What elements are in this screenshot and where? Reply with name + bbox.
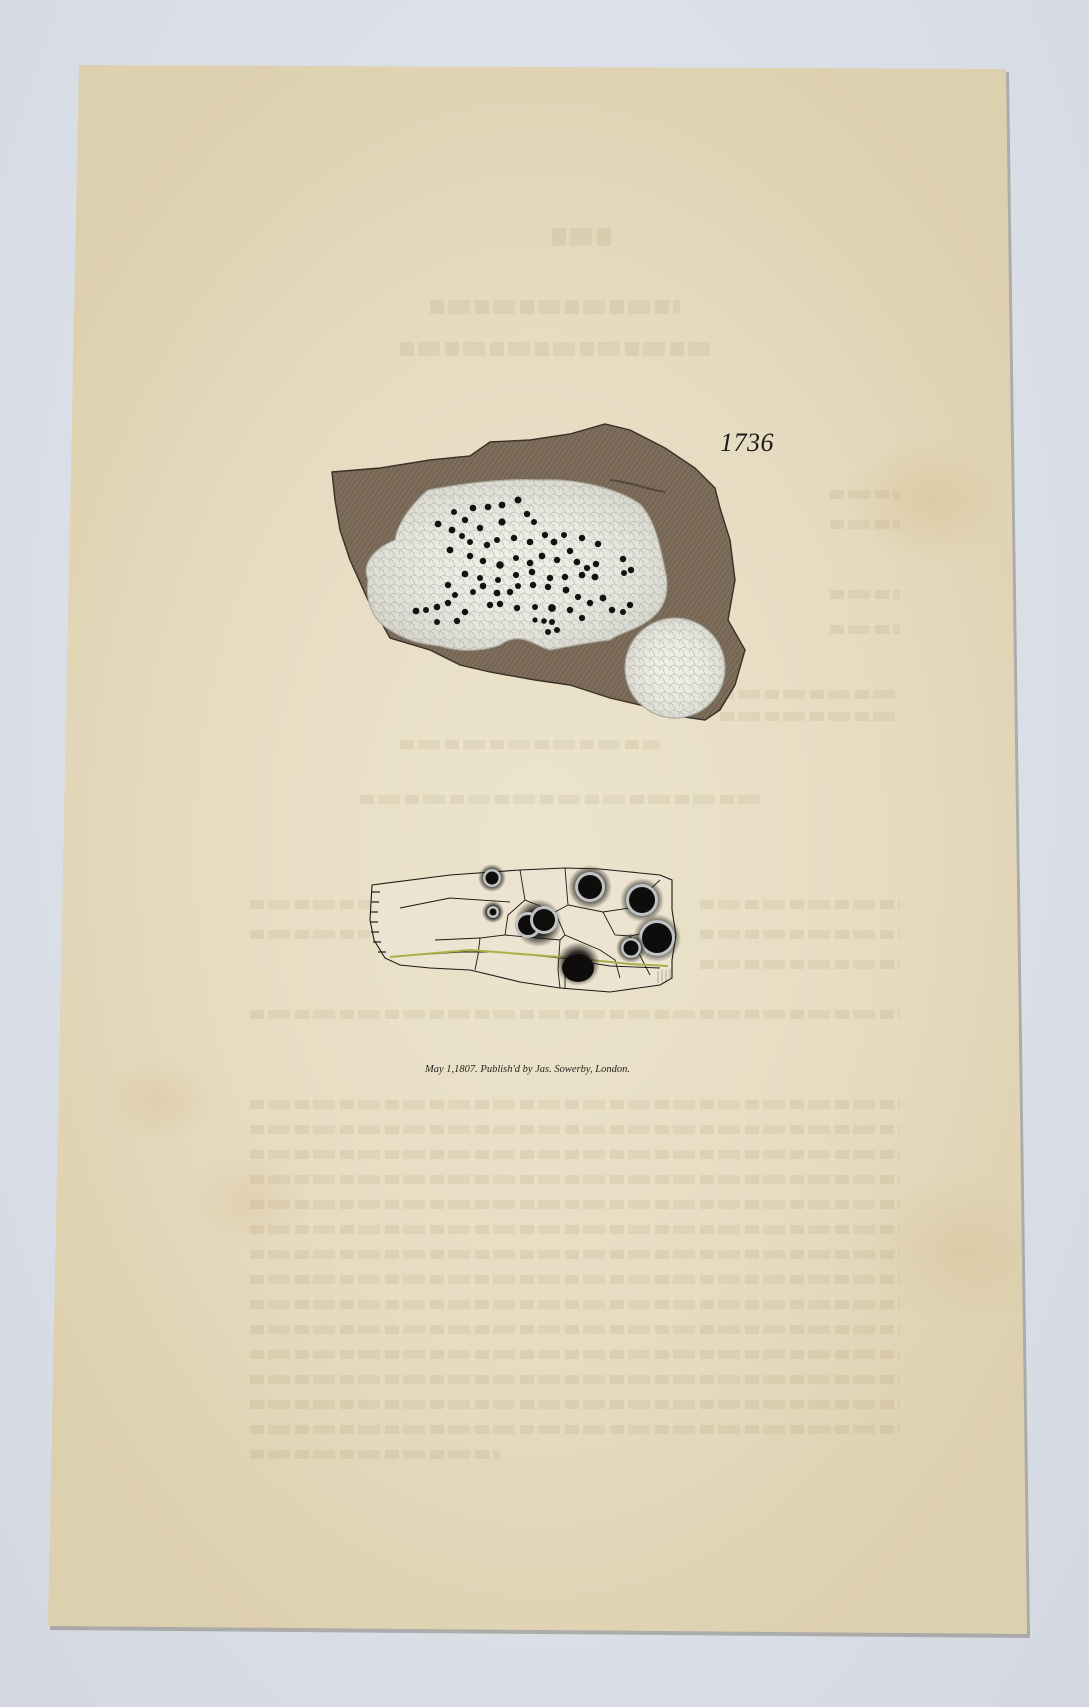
- photo-background: 1736: [0, 0, 1089, 1707]
- plate-number: 1736: [720, 428, 774, 458]
- magnified-section-illustration: [360, 860, 700, 1010]
- publication-caption: May 1,1807. Publish'd by Jas. Sowerby, L…: [425, 1064, 630, 1075]
- lichen-rock-illustration: [320, 420, 800, 760]
- paper-sheet: [0, 0, 1089, 1707]
